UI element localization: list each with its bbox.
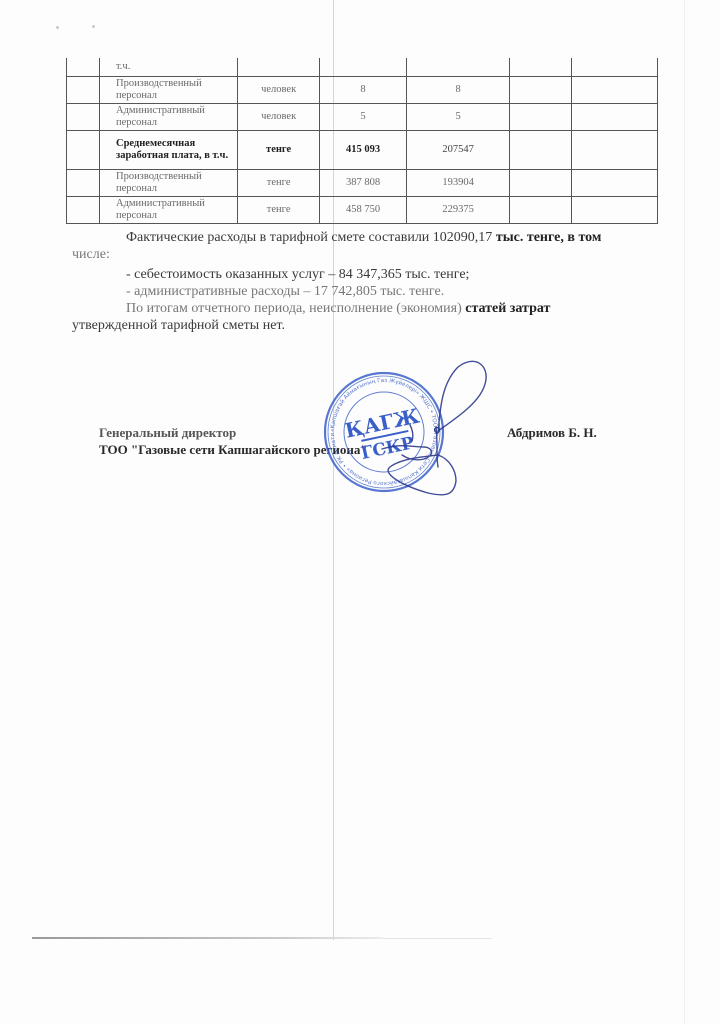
table-row: Административный персоналчеловек55 [67,104,658,131]
staff-salary-table: т.ч.Производственный персоналчеловек88Ад… [66,58,658,224]
plan-value-cell: 8 [319,77,406,104]
plan-value-cell: 415 093 [319,131,406,170]
indicator-cell: т.ч. [99,58,237,77]
period-result-paragraph: По итогам отчетного периода, неисполнени… [99,300,658,334]
scan-speck [56,26,59,29]
row-number-cell [67,104,100,131]
actual-expenses-unit: тыс. тенге, в том [496,230,602,245]
including-label: числе: [72,246,110,263]
note-cell [572,197,658,224]
page-edge [684,0,685,1024]
table-row: т.ч. [67,58,658,77]
page-bottom-rule [32,937,382,939]
fact-value-cell: 8 [407,77,510,104]
note-cell [572,58,658,77]
row-number-cell [67,170,100,197]
document-page: т.ч.Производственный персоналчеловек88Ад… [0,0,720,1024]
row-number-cell [67,77,100,104]
handwritten-signature-icon [380,355,530,505]
unit-cell: человек [238,104,320,131]
table-row: Производственный персоналчеловек88 [67,77,658,104]
indicator-cell: Административный персонал [99,104,237,131]
fact-value-cell: 229375 [407,197,510,224]
row-number-cell [67,58,100,77]
actual-expenses-text: Фактические расходы в тарифной смете сос… [126,230,496,245]
unit-cell: тенге [238,131,320,170]
row-number-cell [67,131,100,170]
note-cell [572,77,658,104]
note-cell [572,170,658,197]
plan-value-cell [319,58,406,77]
indicator-cell: Производственный персонал [99,77,237,104]
fact-value-cell: 5 [407,104,510,131]
row-number-cell [67,197,100,224]
deviation-cell [510,170,572,197]
unit-cell: тенге [238,197,320,224]
admin-expenses-line: - административные расходы – 17 742,805 … [99,283,658,300]
deviation-cell [510,197,572,224]
cost-of-services-line: - себестоимость оказанных услуг – 84 347… [99,266,658,283]
indicator-cell: Административный персонал [99,197,237,224]
deviation-cell [510,58,572,77]
actual-expenses-paragraph: Фактические расходы в тарифной смете сос… [99,229,658,263]
table-row: Административный персоналтенге458 750229… [67,197,658,224]
table-row: Производственный персоналтенге387 808193… [67,170,658,197]
note-cell [572,104,658,131]
indicator-cell: Производственный персонал [99,170,237,197]
table-row: Среднемесячная заработная плата, в т.ч.т… [67,131,658,170]
deviation-cell [510,77,572,104]
unit-cell [238,58,320,77]
fact-value-cell: 207547 [407,131,510,170]
fact-value-cell [407,58,510,77]
fact-value-cell: 193904 [407,170,510,197]
plan-value-cell: 458 750 [319,197,406,224]
unit-cell: человек [238,77,320,104]
deviation-cell [510,104,572,131]
unit-cell: тенге [238,170,320,197]
plan-value-cell: 5 [319,104,406,131]
plan-value-cell: 387 808 [319,170,406,197]
scan-speck [92,25,95,28]
deviation-cell [510,131,572,170]
page-bottom-rule-faint [382,938,492,939]
indicator-cell: Среднемесячная заработная плата, в т.ч. [99,131,237,170]
note-cell [572,131,658,170]
